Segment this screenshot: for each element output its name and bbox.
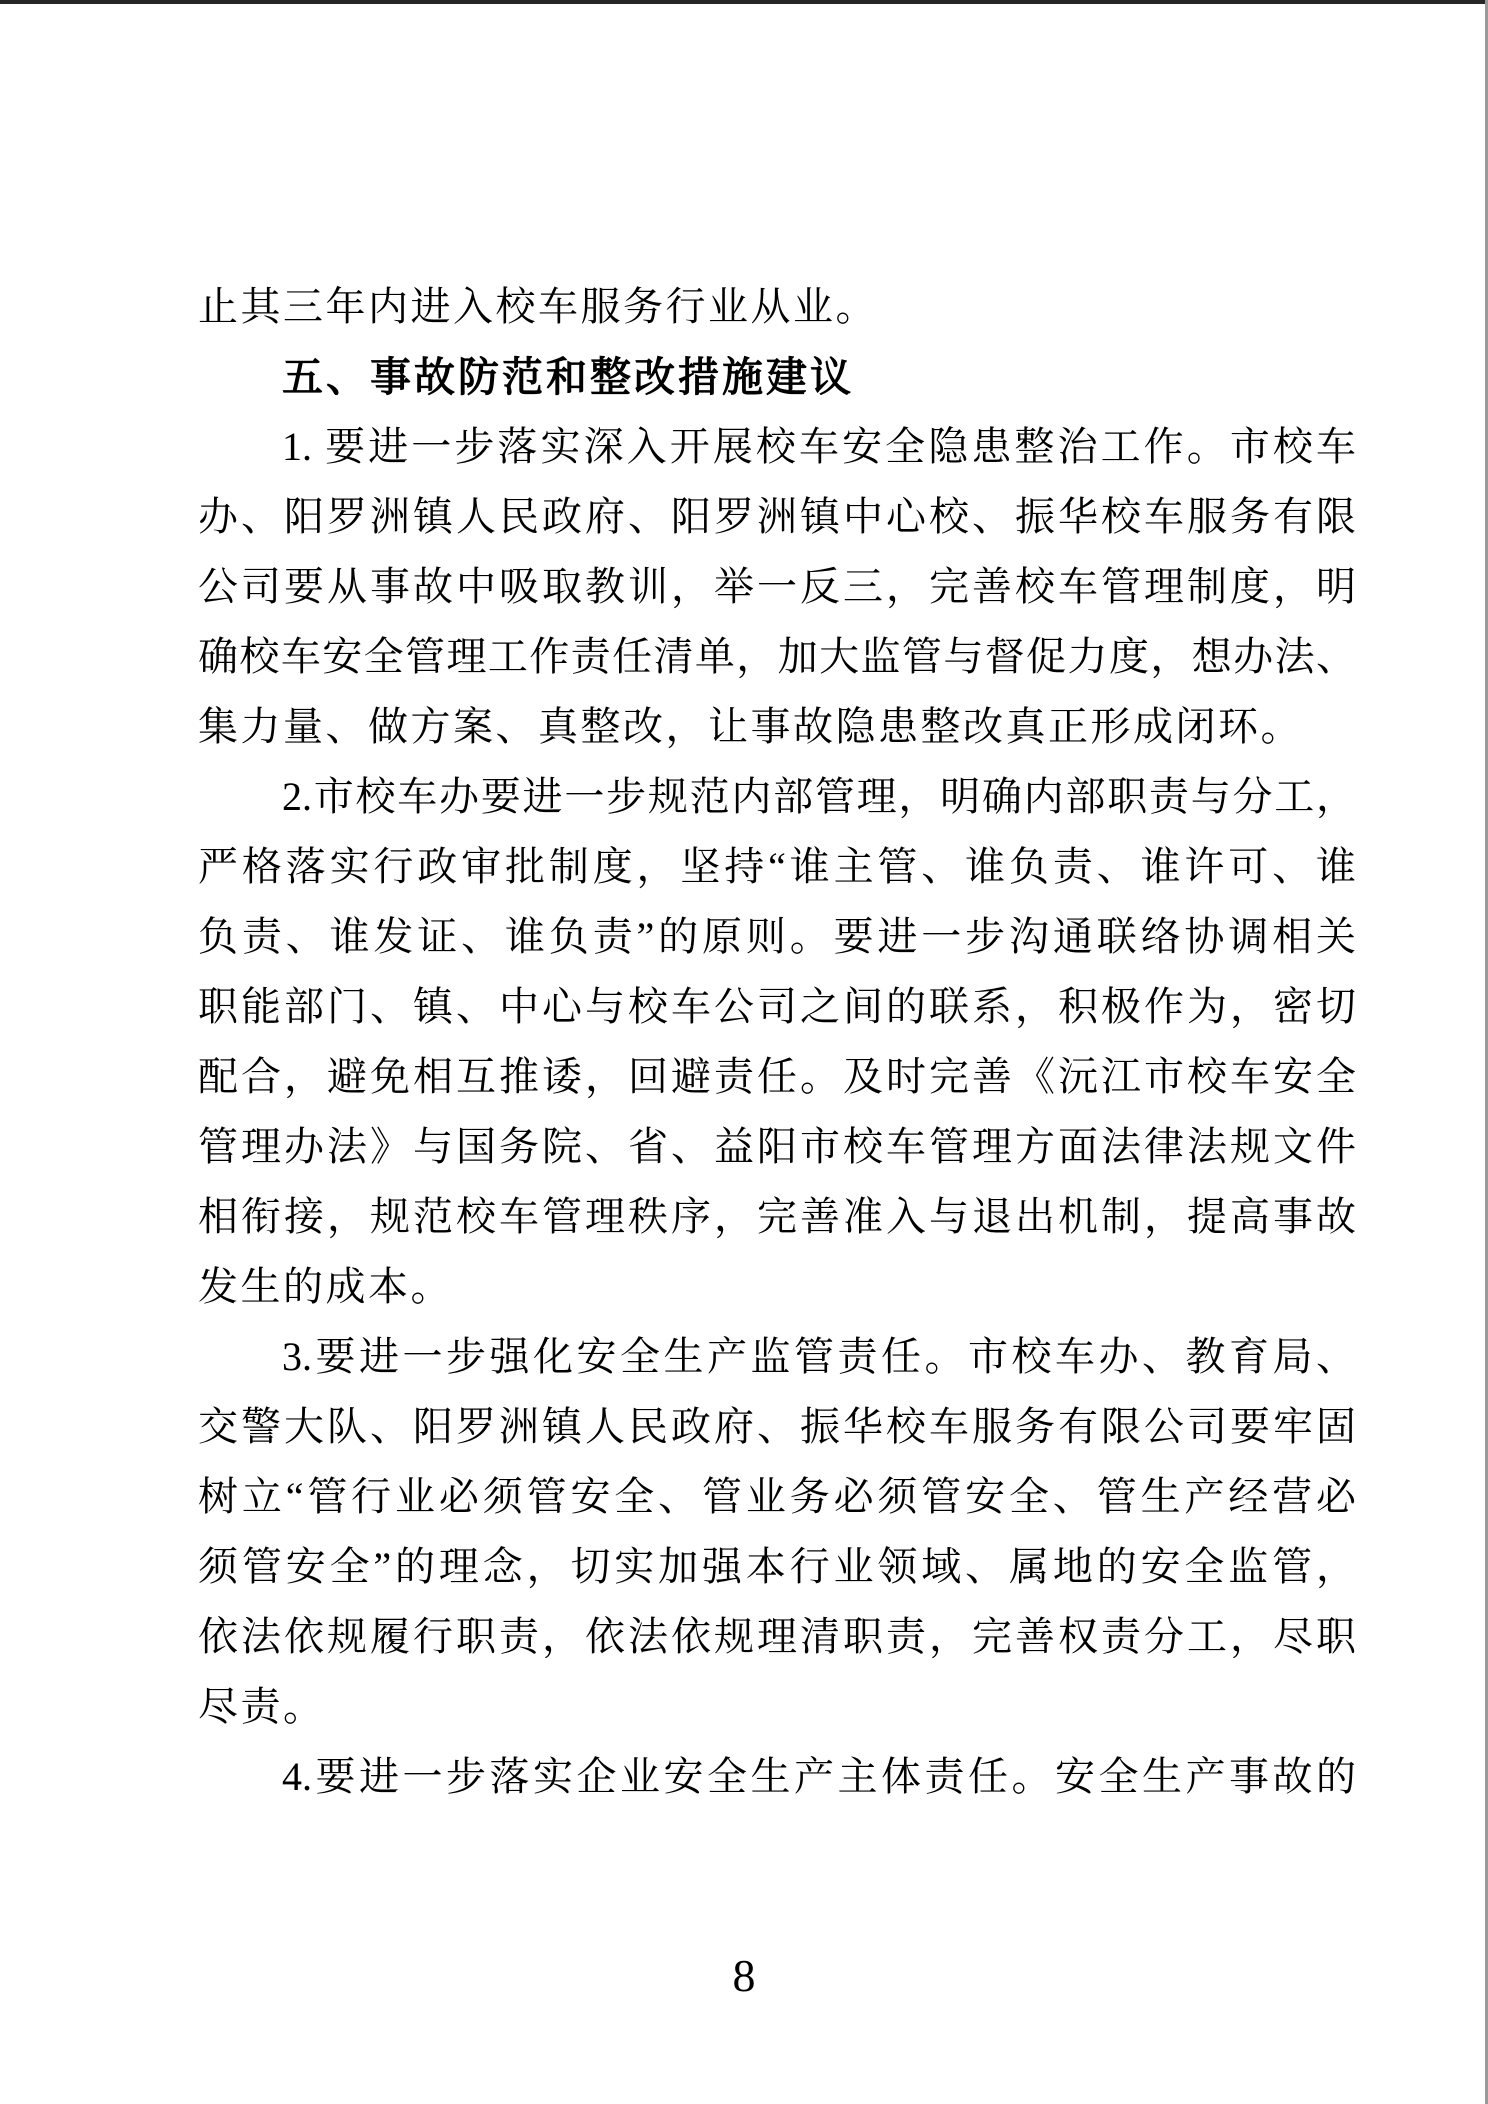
paragraph-first-line: 1. 要进一步落实深入开展校车安全隐患整治工作。市校车 <box>198 412 1356 482</box>
document-body: 止其三年内进入校车服务行业从业。 五、事故防范和整改措施建议 1. 要进一步落实… <box>198 272 1356 1812</box>
paragraph-first-line: 3.要进一步强化安全生产监管责任。市校车办、教育局、 <box>198 1322 1356 1392</box>
doc-line: 办、阳罗洲镇人民政府、阳罗洲镇中心校、振华校车服务有限 <box>198 482 1356 552</box>
paragraph-first-line: 4.要进一步落实企业安全生产主体责任。安全生产事故的 <box>198 1742 1356 1812</box>
doc-line: 负责、谁发证、谁负责”的原则。要进一步沟通联络协调相关 <box>198 902 1356 972</box>
paragraph-first-line: 2.市校车办要进一步规范内部管理，明确内部职责与分工， <box>198 762 1356 832</box>
doc-line: 交警大队、阳罗洲镇人民政府、振华校车服务有限公司要牢固 <box>198 1392 1356 1462</box>
doc-line: 管理办法》与国务院、省、益阳市校车管理方面法律法规文件 <box>198 1112 1356 1182</box>
doc-line: 尽责。 <box>198 1672 1356 1742</box>
doc-line: 职能部门、镇、中心与校车公司之间的联系，积极作为，密切 <box>198 972 1356 1042</box>
section-heading: 五、事故防范和整改措施建议 <box>198 342 1356 412</box>
document-page: 止其三年内进入校车服务行业从业。 五、事故防范和整改措施建议 1. 要进一步落实… <box>0 0 1488 2104</box>
doc-line: 确校车安全管理工作责任清单，加大监管与督促力度，想办法、 <box>198 622 1356 692</box>
doc-line: 发生的成本。 <box>198 1252 1356 1322</box>
page-number: 8 <box>0 1946 1488 2006</box>
doc-line: 配合，避免相互推诿，回避责任。及时完善《沅江市校车安全 <box>198 1042 1356 1112</box>
page-top-edge <box>0 0 1488 4</box>
doc-line: 集力量、做方案、真整改，让事故隐患整改真正形成闭环。 <box>198 692 1356 762</box>
doc-line: 相衔接，规范校车管理秩序，完善准入与退出机制，提高事故 <box>198 1182 1356 1252</box>
doc-line: 公司要从事故中吸取教训，举一反三，完善校车管理制度，明 <box>198 552 1356 622</box>
doc-line: 树立“管行业必须管安全、管业务必须管安全、管生产经营必 <box>198 1462 1356 1532</box>
doc-line: 严格落实行政审批制度，坚持“谁主管、谁负责、谁许可、谁 <box>198 832 1356 902</box>
doc-line: 依法依规履行职责，依法依规理清职责，完善权责分工，尽职 <box>198 1602 1356 1672</box>
doc-line: 须管安全”的理念，切实加强本行业领域、属地的安全监管， <box>198 1532 1356 1602</box>
doc-line: 止其三年内进入校车服务行业从业。 <box>198 272 1356 342</box>
